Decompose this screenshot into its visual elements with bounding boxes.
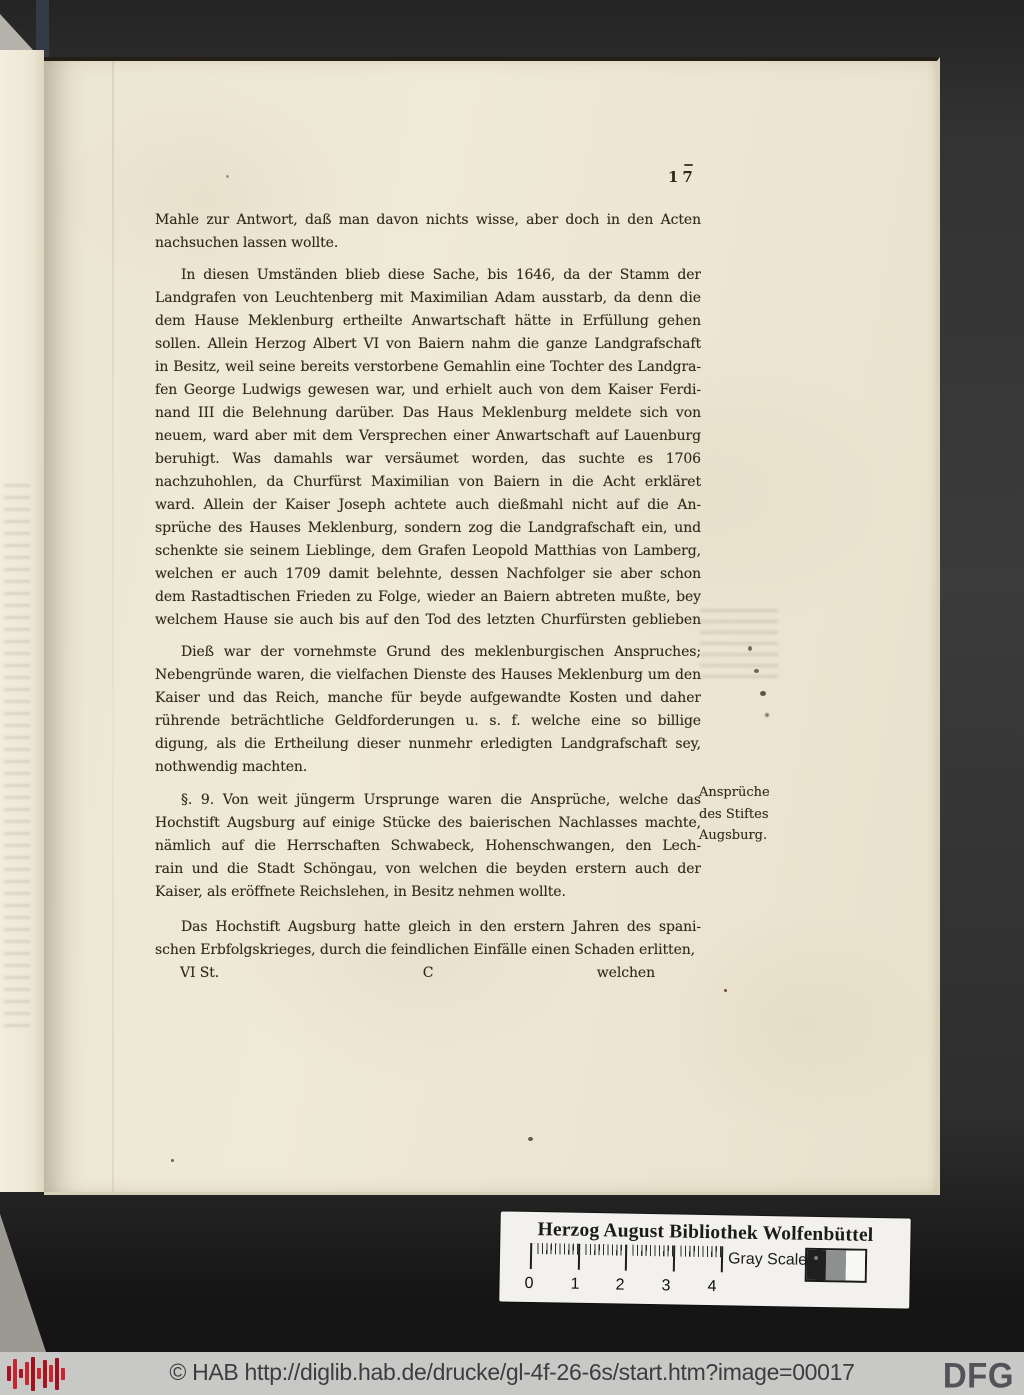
text-line: schen Erbfolgskrieges, durch die feindli…	[155, 939, 701, 962]
ink-spot	[765, 713, 769, 717]
text-line: nothwendig machten.	[155, 756, 701, 779]
dfg-logo: DFG	[943, 1355, 1014, 1395]
paper-speck	[724, 989, 727, 992]
ink-mark	[684, 164, 693, 166]
text-line: Kaiser und das Reich, manche für beyde a…	[155, 687, 701, 710]
ruler-number: 2	[615, 1276, 624, 1294]
text-line: ward. Allein der Kaiser Joseph achtete a…	[155, 494, 701, 517]
paper-speck	[171, 1159, 174, 1162]
book-page: 17 Mahle zur Antwort, daß man davon nich…	[44, 57, 940, 1195]
text-line: In diesen Umständen blieb diese Sache, b…	[155, 264, 701, 287]
paragraph: Mahle zur Antwort, daß man davon nichts …	[155, 209, 701, 255]
margin-note-line: Augsburg.	[699, 825, 817, 847]
attribution-bar: © HAB http://diglib.hab.de/drucke/gl-4f-…	[0, 1352, 1024, 1395]
signature-line: VI St. C welchen	[155, 962, 701, 985]
text-line: Landgrafen von Leuchtenberg mit Maximili…	[155, 287, 701, 310]
text-line: neuem, ward aber mit dem Versprechen ein…	[155, 425, 701, 448]
gray-scale-swatches	[805, 1248, 868, 1283]
catchword: welchen	[519, 962, 701, 985]
showthrough-smudge	[700, 609, 778, 681]
sheet-signature: C	[337, 962, 519, 985]
paragraph: Dieß war der vornehmste Grund des meklen…	[155, 641, 701, 779]
ruler-number: 3	[661, 1277, 670, 1295]
margin-note-line: Ansprüche	[699, 782, 817, 804]
ink-spot	[754, 669, 759, 673]
text-line: nachsuchen lassen wollte.	[155, 232, 701, 255]
text-line: beruhigt. Was damahls war versäumet word…	[155, 448, 701, 471]
text-line: sollen. Allein Herzog Albert VI von Baie…	[155, 333, 701, 356]
text-line: Nebengründe waren, die vielfachen Dienst…	[155, 664, 701, 687]
margin-note-line: des Stiftes	[699, 804, 817, 826]
text-line: nämlich auf die Herrschaften Schwabeck, …	[155, 835, 701, 858]
swatch-gray	[826, 1250, 846, 1280]
text-line: §. 9. Von weit jüngerm Ursprunge waren d…	[155, 789, 701, 812]
volume-signature: VI St.	[155, 962, 337, 985]
ruler-unit	[625, 1245, 673, 1272]
ruler-number: 4	[707, 1278, 716, 1296]
text-line: dem Rastadtischen Frieden zu Folge, wied…	[155, 586, 701, 609]
text-line: Hochstift Augsburg auf einige Stücke des…	[155, 812, 701, 835]
table-surface-wedge	[0, 1205, 46, 1352]
text-line: fen George Ludwigs gewesen war, und erhi…	[155, 379, 701, 402]
text-line: rührende beträchtliche Geldforderungen u…	[155, 710, 701, 733]
text-line: Kaiser, als eröffnete Reichslehen, in Be…	[155, 881, 701, 904]
text-line: welchem Hause sie auch bis auf den Tod d…	[155, 609, 701, 632]
text-line: sprüche des Hauses Meklenburg, sondern z…	[155, 517, 701, 540]
previous-page-edge	[0, 50, 44, 1192]
text-block: Mahle zur Antwort, daß man davon nichts …	[155, 209, 701, 985]
ruler-unit	[530, 1243, 578, 1270]
paper-speck	[528, 1137, 533, 1141]
page-number: 17	[668, 168, 697, 186]
text-line: Das Hochstift Augsburg hatte gleich in d…	[155, 916, 701, 939]
swatch-white	[845, 1250, 865, 1280]
text-line: Mahle zur Antwort, daß man davon nichts …	[155, 209, 701, 232]
paragraph: In diesen Umständen blieb diese Sache, b…	[155, 264, 701, 632]
ruler-unit	[673, 1245, 721, 1272]
ruler-number: 1	[570, 1276, 579, 1294]
ruler-number: 0	[524, 1275, 533, 1293]
text-line: rain und die Stadt Schöngau, von welchen…	[155, 858, 701, 881]
library-label-card: Herzog August Bibliothek Wolfenbüttel 0 …	[499, 1211, 911, 1308]
text-line: nachzuhohlen, da Churfürst Maximilian vo…	[155, 471, 701, 494]
paragraph: Das Hochstift Augsburg hatte gleich in d…	[155, 916, 701, 962]
text-line: Dieß war der vornehmste Grund des meklen…	[155, 641, 701, 664]
text-line: schenkte sie seinem Lieblinge, dem Grafe…	[155, 540, 701, 563]
text-line: nand III die Belehnung darüber. Das Haus…	[155, 402, 701, 425]
ruler-unit	[577, 1244, 625, 1271]
margin-note: Ansprüche des Stiftes Augsburg.	[699, 782, 817, 847]
ink-spot	[760, 691, 766, 696]
measurement-ruler: 0 1 2 3 4	[529, 1243, 723, 1298]
gray-scale-label: Gray Scale	[728, 1250, 807, 1269]
text-line: in Besitz, weil seine bereits verstorben…	[155, 356, 701, 379]
text-line: digung, als die Ertheilung dieser nunmeh…	[155, 733, 701, 756]
ink-spot	[748, 646, 752, 651]
paper-speck	[226, 175, 229, 178]
text-line: dem Hause Meklenburg ertheilte Anwartsch…	[155, 310, 701, 333]
paragraph: §. 9. Von weit jüngerm Ursprunge waren d…	[155, 789, 701, 904]
swatch-black	[807, 1250, 827, 1280]
paper-crease	[112, 61, 114, 1192]
copyright-url-text: © HAB http://diglib.hab.de/drucke/gl-4f-…	[0, 1359, 1024, 1386]
text-line: welchen er auch 1709 damit belehnte, des…	[155, 563, 701, 586]
